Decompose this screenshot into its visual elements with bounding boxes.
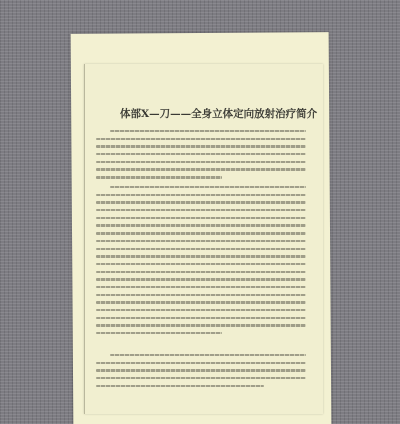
text-line [96, 240, 306, 242]
text-line [96, 317, 306, 319]
text-line [96, 255, 306, 257]
text-line [96, 201, 306, 203]
text-line [96, 301, 306, 303]
text-line [96, 194, 306, 196]
text-line [96, 362, 306, 364]
text-line [96, 278, 306, 280]
text-line [96, 232, 306, 234]
text-line [96, 309, 306, 311]
text-line [96, 217, 306, 219]
text-line [96, 153, 306, 155]
text-line [96, 286, 306, 288]
text-line [110, 130, 306, 132]
text-line [96, 324, 306, 326]
text-line [96, 161, 306, 163]
text-line [96, 209, 306, 211]
text-line [96, 294, 306, 296]
text-line [96, 369, 306, 371]
text-line [96, 248, 306, 250]
text-line [96, 145, 306, 147]
text-line [110, 354, 306, 356]
text-line [96, 263, 306, 265]
document-title: 体部X—刀——全身立体定向放射治疗简介 [120, 106, 320, 121]
text-line [96, 271, 306, 273]
paragraph-1 [96, 130, 306, 184]
text-line [110, 186, 306, 188]
text-line [96, 332, 222, 334]
text-line [96, 138, 306, 140]
text-line [96, 224, 306, 226]
text-line [96, 377, 306, 379]
text-line [96, 176, 222, 178]
text-line [96, 385, 264, 387]
text-line [96, 168, 306, 170]
paragraph-3 [96, 354, 306, 392]
paragraph-2 [96, 186, 306, 340]
